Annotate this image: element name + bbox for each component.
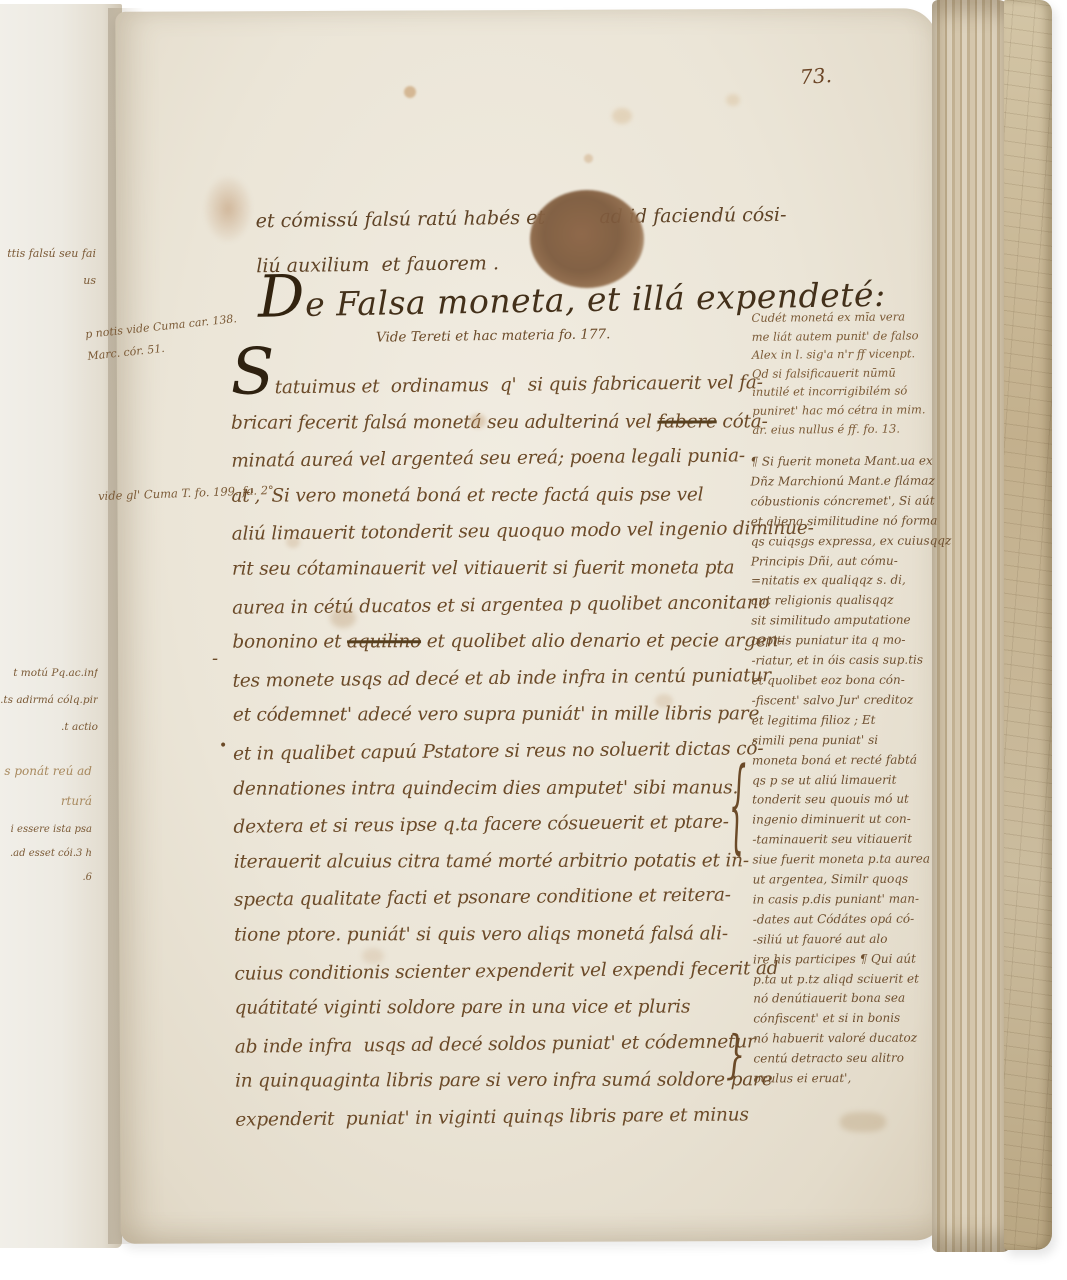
manuscript-line: ts adirmá cólq.pir. bbox=[0, 687, 98, 714]
manuscript-line: me liát autem punit' de falso bbox=[752, 326, 942, 346]
margin-brace-open: { bbox=[729, 748, 746, 867]
manuscript-line: ire his participes ¶ Qui aút bbox=[753, 949, 943, 970]
manuscript-line: cónfiscent' et si in bonis bbox=[753, 1009, 943, 1030]
chapter-heading: De Falsa moneta, et illá expendeté: bbox=[258, 267, 799, 325]
manuscript-line: tonderit seu quouis mó ut bbox=[752, 790, 942, 811]
manuscript-line: Alex in l. sig'a n'r ff vicenpt. bbox=[752, 344, 942, 364]
struck-word: fabere bbox=[657, 411, 716, 432]
manuscript-line: et legitima filioz ; Et bbox=[752, 710, 942, 731]
manuscript-line: iterauerit alcuius citra tamé morté arbi… bbox=[234, 843, 756, 881]
manuscript-line: bononino et aquilino et quolibet alio de… bbox=[232, 623, 754, 661]
manuscript-line: qs p se ut aliú limauerit bbox=[752, 770, 942, 791]
manuscript-line: cuius conditionis scienter expenderit ve… bbox=[234, 951, 756, 993]
manuscript-line: t motú Pq.ac.inf bbox=[0, 660, 98, 687]
manuscript-line: i essere ista psa bbox=[0, 818, 92, 842]
margin-hyphen-mark: - bbox=[212, 648, 218, 669]
manuscript-line: aurea in cétú ducatos et si argentea p q… bbox=[232, 585, 754, 627]
manuscript-line: simili pena puniat' si bbox=[752, 730, 942, 751]
manuscript-line: tes monete usqs ad decé et ab inde infra… bbox=[232, 658, 754, 700]
manuscript-line: nó habuerit valoré ducatoz bbox=[753, 1029, 943, 1050]
manuscript-line: ¶ Si fuerit moneta Mant.ua ex bbox=[750, 452, 940, 473]
verso-text-fragment: i essere ista psaad esset cói.3 h.6. bbox=[0, 818, 92, 890]
manuscript-line: cóbustionis cóncremet', Si aút bbox=[751, 491, 941, 512]
manuscript-line: -taminauerit seu vitiauerit bbox=[752, 830, 942, 851]
manuscript-line: rturá bbox=[0, 786, 92, 816]
manuscript-line: in casis p.dis puniant' man- bbox=[753, 889, 943, 910]
manuscript-line: minatá aureá vel argenteá seu ereá; poen… bbox=[231, 438, 753, 480]
manuscript-line: moneta boná et recté fabtá bbox=[752, 750, 942, 771]
manuscript-line: us bbox=[0, 267, 96, 294]
folio-number: 73. bbox=[799, 63, 832, 89]
manuscript-line: ttis falsú seu fai bbox=[0, 240, 96, 267]
manuscript-line: Dñz Marchionú Mant.e flámaz bbox=[750, 471, 940, 492]
manuscript-line: inutilé et incorrigibilém só bbox=[752, 382, 942, 402]
verso-text-fragment: s ponát reú adrturá bbox=[0, 756, 92, 816]
margin-bullet-mark: • bbox=[219, 738, 227, 754]
line-text: bricari fecerit falsá monetá seu adulter… bbox=[231, 411, 657, 433]
manuscript-line: t actio. bbox=[0, 714, 98, 741]
manuscript-line: -fiscent' salvo Jur' creditoz bbox=[752, 690, 942, 711]
manuscript-line: =nitatis ex qualiqqz s. di, bbox=[751, 571, 941, 592]
margin-column-right: ¶ Si fuerit moneta Mant.ua exDñz Marchio… bbox=[750, 452, 943, 1090]
manuscript-line: rit seu cótaminauerit vel vitiauerit si … bbox=[232, 550, 754, 588]
manuscript-line: dextera et si reus ipse q.ta facere cósu… bbox=[233, 804, 755, 846]
line-text: bononino et bbox=[232, 632, 347, 653]
heading-cross-reference: Vide Tereti et hac materia fo. 177. bbox=[376, 326, 611, 345]
manuscript-line: s ponát reú ad bbox=[0, 756, 92, 786]
manuscript-line: siue fuerit moneta p.ta aurea bbox=[752, 850, 942, 871]
verso-text-fragment: ttis falsú seu faius bbox=[0, 240, 96, 294]
manuscript-line: expenderit puniat' in viginti quinqs lib… bbox=[235, 1097, 757, 1139]
manuscript-line: -siliú ut fauoré aut alo bbox=[753, 929, 943, 950]
manuscript-line: aut religionis qualisqqz bbox=[751, 591, 941, 612]
manuscript-line: capitis puniatur ita q mo- bbox=[751, 631, 941, 652]
manuscript-line: ingenio diminuerit ut con- bbox=[752, 810, 942, 831]
manuscript-line: Qd si falsificauerit nūmū bbox=[752, 363, 942, 383]
manuscript-line: et quolibet eoz bona cón- bbox=[751, 670, 941, 691]
manuscript-line: Statuimus et ordinamus q' si quis fabric… bbox=[231, 349, 754, 407]
manuscript-line: dennationes intra quindecim dies amputet… bbox=[233, 770, 755, 808]
manuscript-line: bricari fecerit falsá monetá seu adulter… bbox=[231, 404, 753, 442]
manuscript-line: tione ptore. puniát' si quis vero aliqs … bbox=[234, 916, 756, 954]
manuscript-line: -dates aut Códátes opá có- bbox=[753, 909, 943, 930]
manuscript-line: in quinquaginta libris pare si vero infr… bbox=[235, 1063, 757, 1101]
margin-note-right-top: Cudét monetá ex mīa verame liát autem pu… bbox=[751, 307, 942, 439]
manuscript-line: oculus ei eruat', bbox=[754, 1069, 944, 1090]
manuscript-line: De Falsa moneta, et illá expendeté: bbox=[258, 267, 799, 325]
manuscript-line: aliú limauerit totonderit seu quoquo mod… bbox=[232, 512, 754, 554]
manuscript-line: et aliena similitudine nó forma bbox=[751, 511, 941, 532]
verso-text-fragment: t motú Pq.ac.infts adirmá cólq.pir.t act… bbox=[0, 660, 98, 741]
manuscript-line: et in qualibet capuú Pstatore si reus no… bbox=[233, 731, 755, 773]
manuscript-line: sit similitudo amputatione bbox=[751, 611, 941, 632]
manuscript-photo: ttis falsú seu faius t motú Pq.ac.infts … bbox=[0, 0, 1067, 1280]
manuscript-line: et cómissú falsú ratú habés et ad id fac… bbox=[255, 193, 786, 244]
cover-scribble-texture bbox=[1004, 0, 1052, 1250]
margin-brace-close: } bbox=[726, 1026, 745, 1086]
manuscript-line: at', Si vero monetá boná et recte factá … bbox=[231, 477, 753, 515]
manuscript-line: qs cuiqsgs expressa, ex cuiusqqz bbox=[751, 531, 941, 552]
manuscript-line: centú detracto seu alitro bbox=[753, 1049, 943, 1070]
left-page bbox=[0, 4, 122, 1248]
manuscript-line: Principis Dñi, aut cómu- bbox=[751, 551, 941, 572]
manuscript-line: et códemnet' adecé vero supra puniát' in… bbox=[233, 697, 755, 735]
manuscript-line: quátitaté viginti soldore pare in una vi… bbox=[235, 989, 757, 1027]
manuscript-line: nó denútiauerit bona sea bbox=[753, 989, 943, 1010]
parchment-cover-edge bbox=[1004, 0, 1052, 1250]
struck-word: aquilino bbox=[347, 631, 421, 652]
manuscript-line: -riatur, et in óis casis sup.tis bbox=[751, 651, 941, 672]
manuscript-line: specta qualitate facti et psonare condit… bbox=[234, 878, 756, 920]
manuscript-line: ab inde infra usqs ad decé soldos puniat… bbox=[235, 1024, 757, 1066]
manuscript-line: p.ta ut p.tz aliqd sciuerit et bbox=[753, 969, 943, 990]
line-text: et quolibet alio denario et pecie argen- bbox=[421, 630, 784, 652]
manuscript-line: 6. bbox=[0, 866, 92, 890]
manuscript-line: ut argentea, Similr quoqs bbox=[753, 870, 943, 891]
manuscript-line: ad esset cói.3 h. bbox=[0, 842, 92, 866]
manuscript-line: ar. eius nullus é ff. fo. 13. bbox=[752, 419, 942, 439]
manuscript-line: puniret' hac mó cétra in mim. bbox=[752, 400, 942, 420]
manuscript-line: Cudét monetá ex mīa vera bbox=[751, 307, 941, 327]
statute-body-text: Statuimus et ordinamus q' si quis fabric… bbox=[231, 350, 758, 1138]
page-stack-fore-edge bbox=[932, 0, 1012, 1252]
